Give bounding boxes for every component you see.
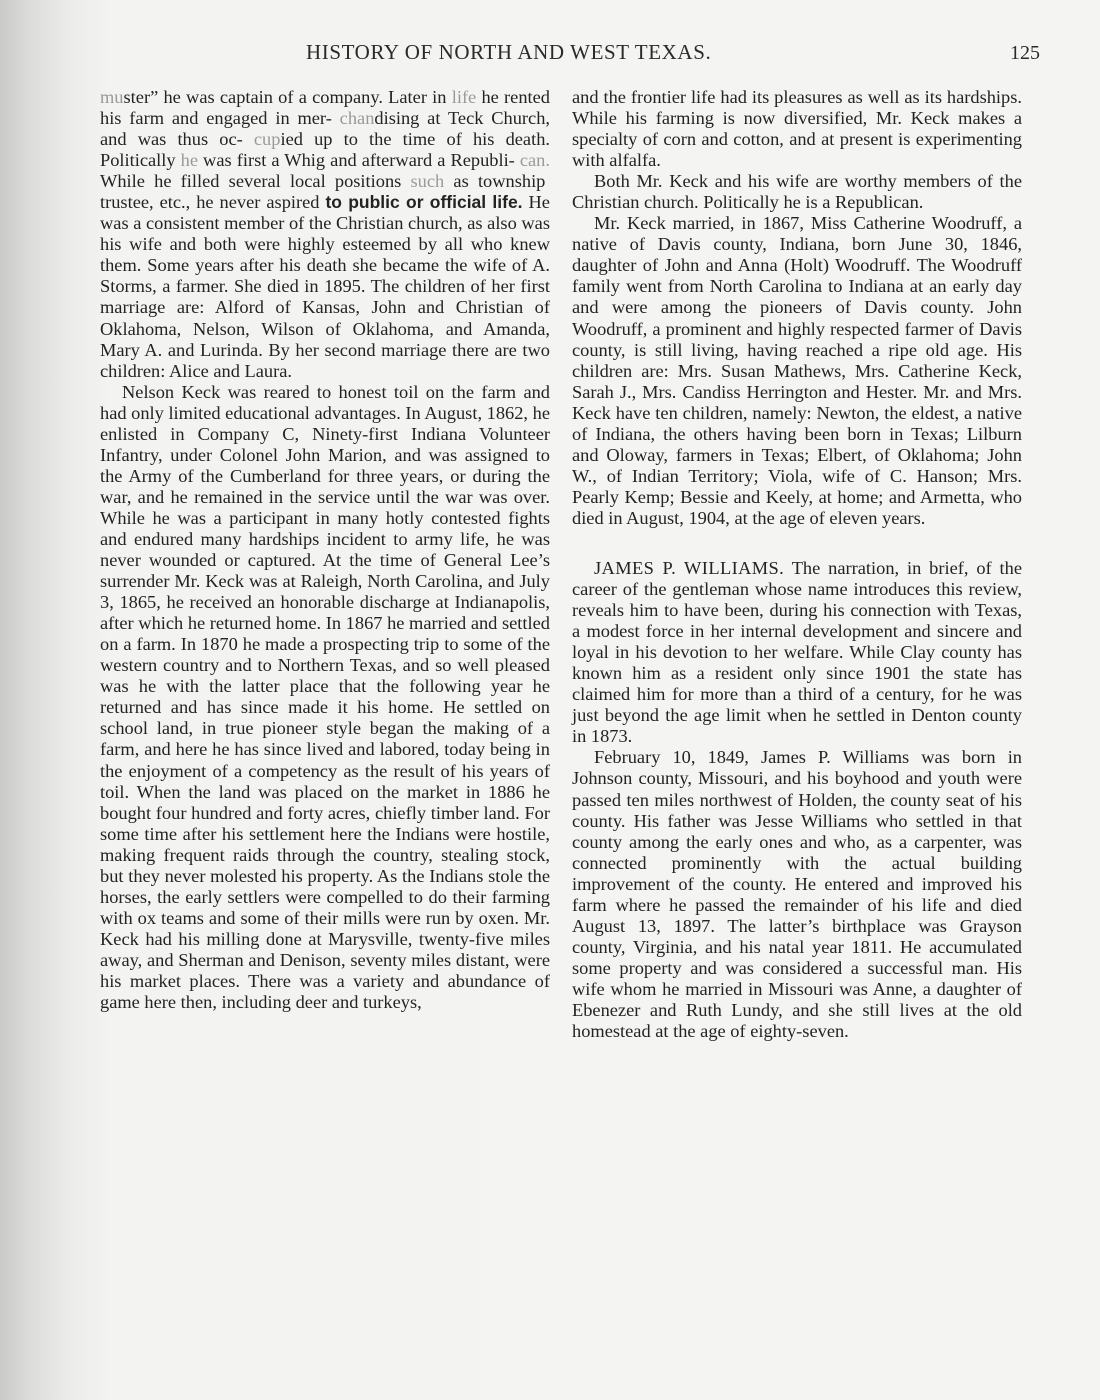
paragraph-keck-parents: muster” he was captain of a company. Lat… xyxy=(100,87,550,382)
paragraph-frontier-life: and the frontier life had its pleasures … xyxy=(572,87,1022,171)
faded-text: cup xyxy=(254,129,281,149)
left-column: muster” he was captain of a company. Lat… xyxy=(100,87,550,1013)
paragraph-williams-intro: JAMES P. WILLIAMS. The narration, in bri… xyxy=(572,558,1022,747)
bold-fragment: to public or official life. xyxy=(325,192,522,212)
faded-text: he xyxy=(181,150,198,170)
paragraph-church: Both Mr. Keck and his wife are worthy me… xyxy=(572,171,1022,213)
paragraph-marriage: Mr. Keck married, in 1867, Miss Catherin… xyxy=(572,213,1022,529)
faded-text: such xyxy=(411,171,445,191)
paragraph-nelson-keck: Nelson Keck was reared to honest toil on… xyxy=(100,382,550,1013)
section-heading-name: JAMES P. WILLIAMS. xyxy=(594,558,784,578)
book-page: HISTORY OF NORTH AND WEST TEXAS. 125 mus… xyxy=(0,0,1100,1400)
running-title: HISTORY OF NORTH AND WEST TEXAS. xyxy=(306,40,711,65)
faded-text: mu xyxy=(100,87,124,107)
section-divider xyxy=(572,529,1022,558)
faded-text: life xyxy=(452,87,477,107)
faded-text: can. xyxy=(520,150,550,170)
faded-text: chan xyxy=(340,108,375,128)
right-column: and the frontier life had its pleasures … xyxy=(572,87,1022,1042)
paragraph-williams-birth: February 10, 1849, James P. Williams was… xyxy=(572,747,1022,1042)
running-head: HISTORY OF NORTH AND WEST TEXAS. 125 xyxy=(0,40,1100,70)
page-number: 125 xyxy=(1010,42,1040,65)
